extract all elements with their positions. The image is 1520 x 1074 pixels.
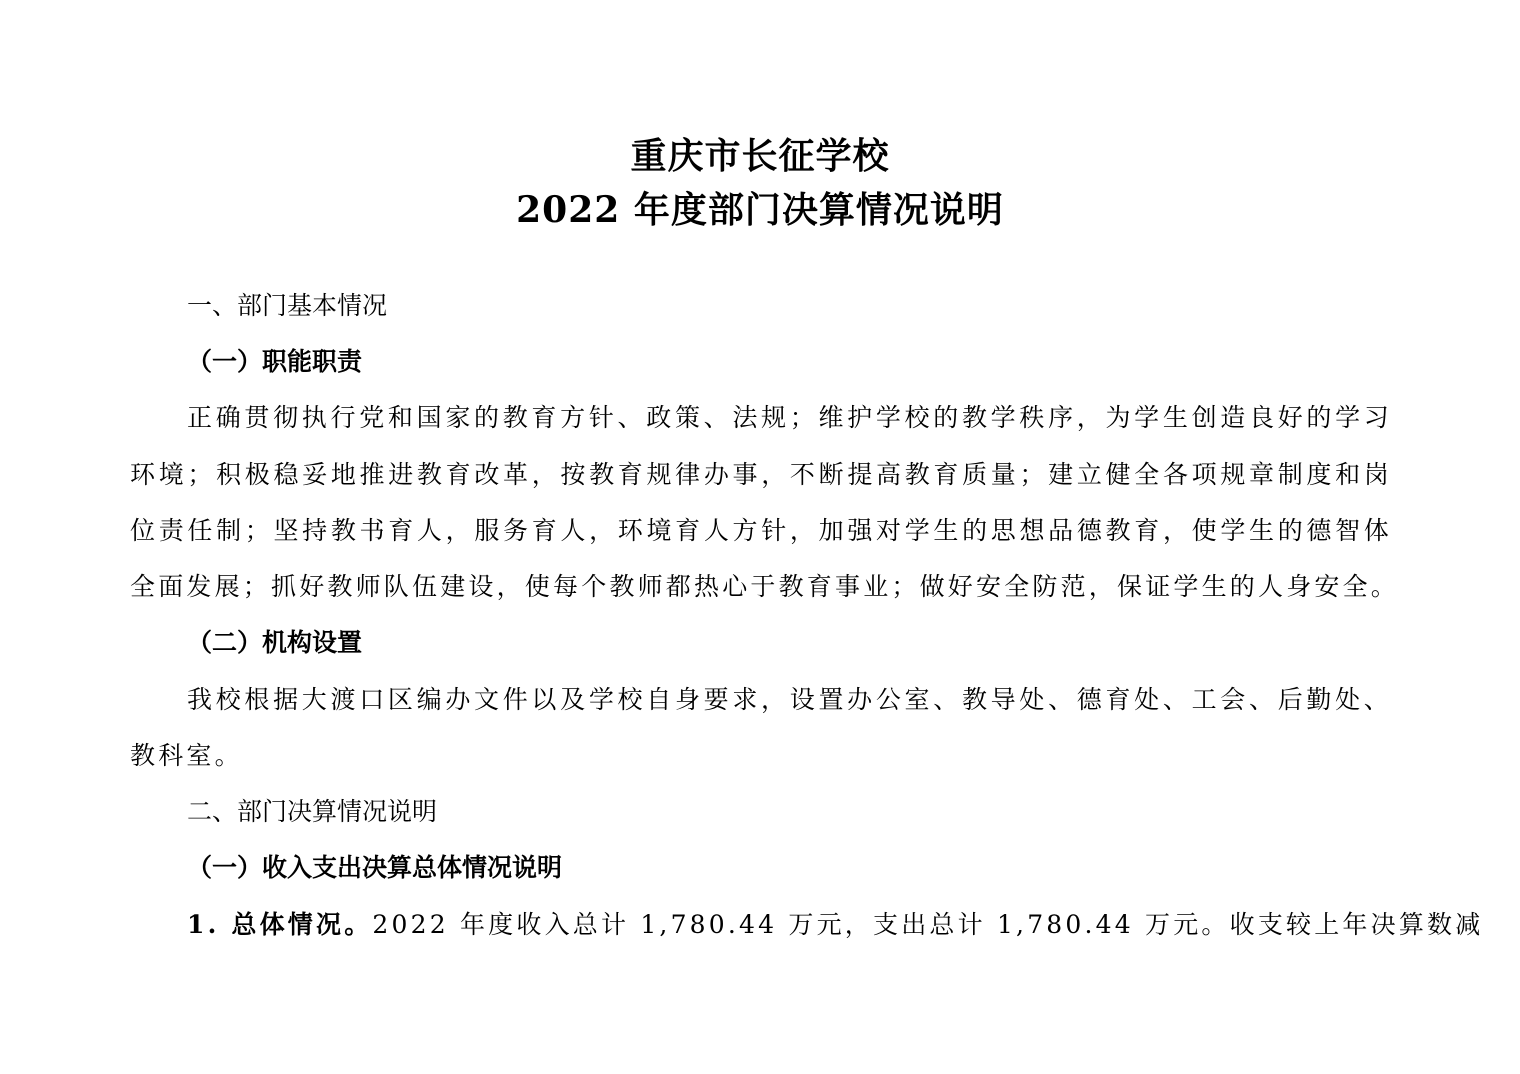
paragraph-line: 正确贯彻执行党和国家的教育方针、政策、法规；维护学校的教学秩序，为学生创造良好的… <box>187 401 1392 435</box>
paragraph-line: 位责任制；坚持教书育人，服务育人，环境育人方针，加强对学生的思想品德教育，使学生… <box>130 514 1392 548</box>
overall-text: 2022 年度收入总计 1,780.44 万元，支出总计 1,780.44 万元… <box>372 910 1483 939</box>
paragraph-line: 环境；积极稳妥地推进教育改革，按教育规律办事，不断提高教育质量；建立健全各项规章… <box>130 458 1392 492</box>
overall-lead-label: 1. 总体情况。 <box>187 910 372 939</box>
document-page: 重庆市长征学校 2022 年度部门决算情况说明 一、部门基本情况 （一）职能职责… <box>0 0 1520 1074</box>
subsection-heading-functions: （一）职能职责 <box>187 345 1449 379</box>
paragraph-line: 全面发展；抓好教师队伍建设，使每个教师都热心于教育事业；做好安全防范，保证学生的… <box>130 570 1392 604</box>
section-heading-final-accounts: 二、部门决算情况说明 <box>187 795 1449 829</box>
paragraph-line-overall: 1. 总体情况。2022 年度收入总计 1,780.44 万元，支出总计 1,7… <box>187 908 1392 942</box>
document-title-school: 重庆市长征学校 <box>0 134 1520 178</box>
paragraph-line: 教科室。 <box>130 739 1392 773</box>
subsection-heading-income-expenditure: （一）收入支出决算总体情况说明 <box>187 851 1449 885</box>
document-title-report: 2022 年度部门决算情况说明 <box>0 188 1520 232</box>
paragraph-line: 我校根据大渡口区编办文件以及学校自身要求，设置办公室、教导处、德育处、工会、后勤… <box>187 683 1392 717</box>
section-heading-basic-info: 一、部门基本情况 <box>187 289 1449 323</box>
subsection-heading-organization: （二）机构设置 <box>187 626 1449 660</box>
